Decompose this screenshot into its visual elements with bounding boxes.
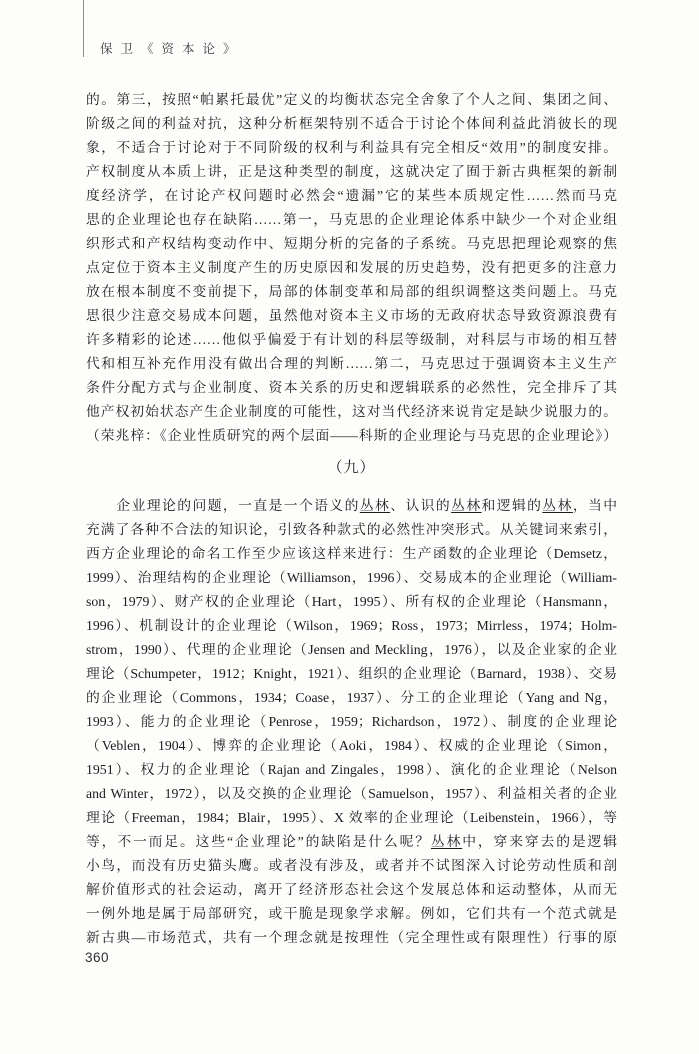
text-line: 产权制度从本质上讲，正是这种类型的制度，这就决定了囿于新古典框架的新制 [86,160,617,184]
text-line: 理论（Freeman，1984；Blair，1995）、X 效率的企业理论（Le… [86,806,617,830]
text-line: and Winter，1972），以及交换的企业理论（Samuelson，195… [86,782,617,806]
text-line: 1951）、权力的企业理论（Rajan and Zingales，1998）、演… [86,758,617,782]
underlined-term: 丛林 [451,498,481,513]
page-number: 360 [85,950,109,965]
text-line: 点定位于资本主义制度产生的历史原因和发展的历史趋势，没有把更多的注意力 [86,256,617,280]
underlined-term: 丛林 [542,498,572,513]
text-line: 的企业理论（Commons，1934；Coase，1937）、分工的企业理论（Y… [86,686,617,710]
running-header-title: 保卫《资本论》 [100,39,244,57]
text-line: 的。第三，按照“帕累托最优”定义的均衡状态完全舍象了个人之间、集团之间、 [86,88,617,112]
section-heading: （九） [86,456,617,480]
text-line: 小鸟，而没有历史猫头鹰。或者没有涉及，或者并不试图深入讨论劳动性质和剖 [86,854,617,878]
text-line: 新古典—市场范式，共有一个理念就是按理性（完全理性或有限理性）行事的原 [86,926,617,950]
text-line: 阶级之间的利益对抗，这种分析框架特别不适合于讨论个体间利益此消彼长的现 [86,112,617,136]
text-line: 度经济学，在讨论产权问题时必然会“遗漏”它的某些本质规定性……然而马克 [86,184,617,208]
text-line: 1993）、能力的企业理论（Penrose，1959；Richardson，19… [86,710,617,734]
text-line: 思的企业理论也存在缺陷……第一，马克思的企业理论体系中缺少一个对企业组 [86,208,617,232]
text-line: （荣兆梓：《企业性质研究的两个层面——科斯的企业理论与马克思的企业理论》） [86,424,617,448]
paragraph-commentary: 企业理论的问题，一直是一个语义的丛林、认识的丛林和逻辑的丛林，当中充满了各种不合… [86,494,617,950]
book-page: 保卫《资本论》 的。第三，按照“帕累托最优”定义的均衡状态完全舍象了个人之间、集… [0,0,699,1054]
text-line: 象，不适合于讨论对于不同阶级的权利与利益具有完全相反“效用”的制度安排。 [86,136,617,160]
text-line: 许多精彩的论述……他似乎偏爱于有计划的科层等级制，对科层与市场的相互替 [86,328,617,352]
text-line: 放在根本制度不变前提下，局部的体制变革和局部的组织调整这类问题上。马克 [86,280,617,304]
text-line: 1996）、机制设计的企业理论（Wilson，1969；Ross，1973；Mi… [86,614,617,638]
text-line: 条件分配方式与企业制度、资本关系的历史和逻辑联系的必然性，完全排斥了其 [86,376,617,400]
text-line: 解价值形式的社会运动，离开了经济形态社会这个发展总体和运动整体，从而无 [86,878,617,902]
text-line: 织形式和产权结构变动作中、短期分析的完备的子系统。马克思把理论观察的焦 [86,232,617,256]
underlined-term: 丛林 [431,834,462,849]
paragraph-quote-block: 的。第三，按照“帕累托最优”定义的均衡状态完全舍象了个人之间、集团之间、阶级之间… [86,88,617,448]
header-vertical-rule [83,0,84,57]
text-line: 他产权初始状态产生企业制度的可能性，这对当代经济来说肯定是缺少说服力的。 [86,400,617,424]
text-line: 西方企业理论的命名工作至少应该这样来进行：生产函数的企业理论（Demsetz， [86,542,617,566]
text-line: 思很少注意交易成本问题，虽然他对资本主义市场的无政府状态导致资源浪费有 [86,304,617,328]
text-line: 等，不一而足。这些“企业理论”的缺陷是什么呢？丛林中，穿来穿去的是逻辑 [86,830,617,854]
text-line: 充满了各种不合法的知识论，引致各种款式的必然性冲突形式。从关键词来索引， [86,518,617,542]
text-line: （Veblen，1904）、博弈的企业理论（Aoki，1984）、权威的企业理论… [86,734,617,758]
text-line: 一例外地是属于局部研究，或干脆是现象学求解。例如，它们共有一个范式就是 [86,902,617,926]
text-line: son，1979）、财产权的企业理论（Hart，1995）、所有权的企业理论（H… [86,590,617,614]
underlined-term: 丛林 [360,498,390,513]
text-line: 企业理论的问题，一直是一个语义的丛林、认识的丛林和逻辑的丛林，当中 [86,494,617,518]
text-line: 代和相互补充作用没有做出合理的判断……第二，马克思过于强调资本主义生产 [86,352,617,376]
text-line: 理论（Schumpeter，1912；Knight，1921）、组织的企业理论（… [86,662,617,686]
text-column: 的。第三，按照“帕累托最优”定义的均衡状态完全舍象了个人之间、集团之间、阶级之间… [86,88,617,950]
text-line: strom，1990）、代理的企业理论（Jensen and Meckling，… [86,638,617,662]
text-line: 1999）、治理结构的企业理论（Williamson，1996）、交易成本的企业… [86,566,617,590]
